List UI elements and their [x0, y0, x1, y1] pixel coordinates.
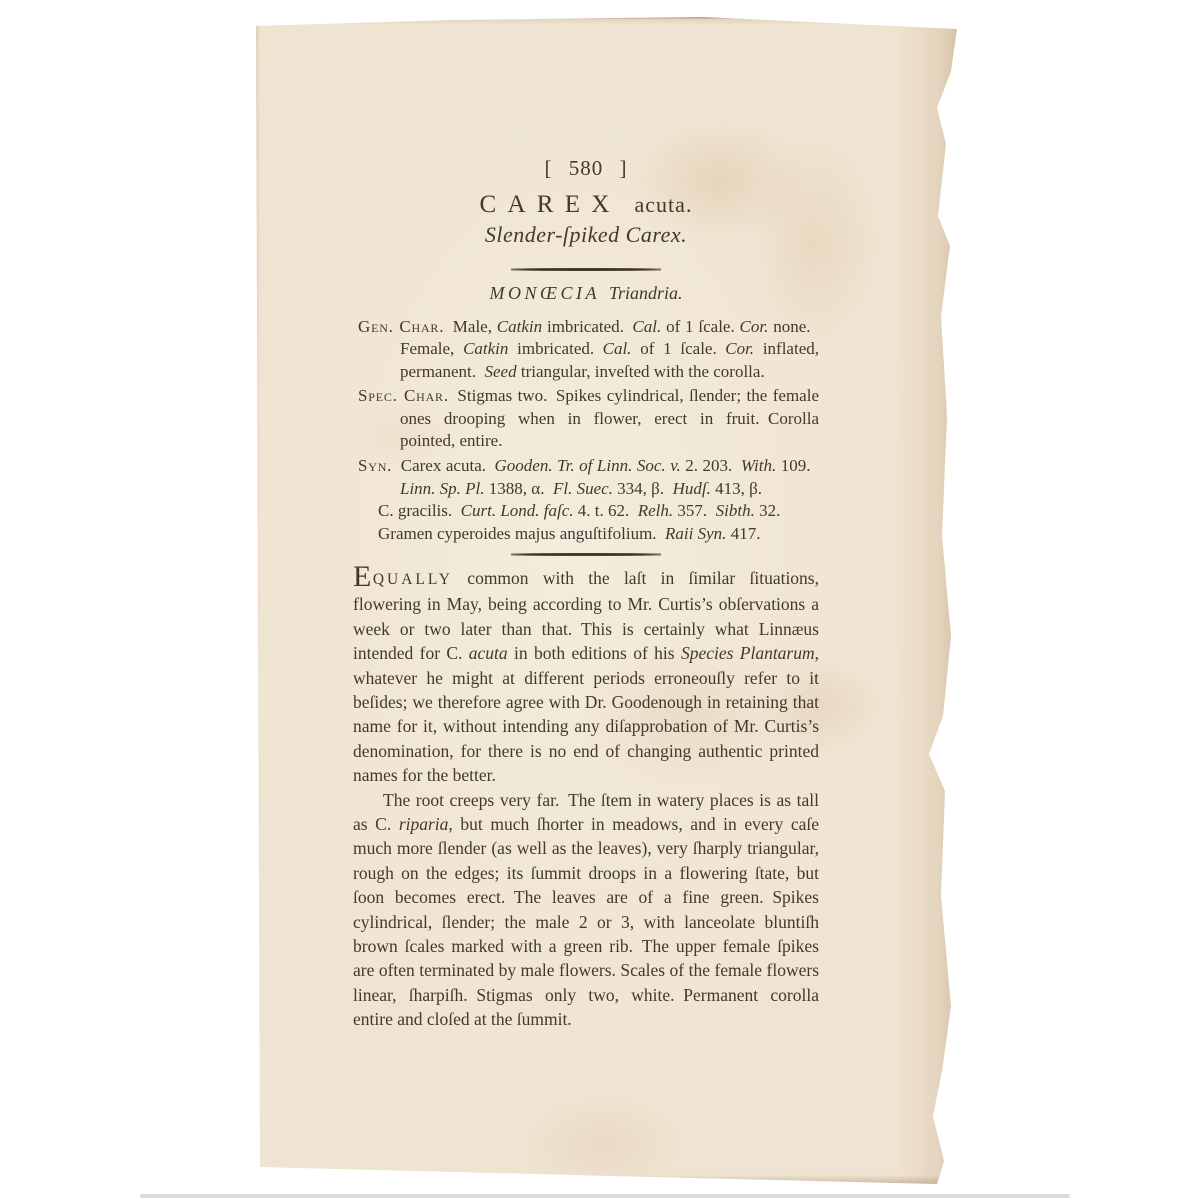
taxonomy-line: MONŒCIA Triandria. [353, 283, 819, 304]
section-generic-character: Gen. Char. Male, Catkin imbricated. Cal.… [353, 316, 819, 384]
ornament-rule-top [511, 268, 661, 271]
synonym-entry: Syn. Carex acuta. Gooden. Tr. of Linn. S… [353, 455, 819, 500]
species-title: CAREX acuta. [353, 191, 819, 219]
common-name-subtitle: Slender-ſpiked Carex. [353, 222, 819, 248]
body-text: EQUALLY common with the laſt in ſimilar … [353, 566, 819, 1032]
species-epithet: acuta. [635, 192, 693, 217]
synonym-entry: C. gracilis. Curt. Lond. faſc. 4. t. 62.… [353, 500, 819, 523]
body-paragraph-1: EQUALLY common with the laſt in ſimilar … [353, 566, 819, 788]
page-number: [ 580 ] [353, 16, 819, 181]
synonym-entry: Gramen cyperoides majus anguſtifolium. R… [353, 523, 819, 546]
section-specific-character: Spec. Char. Stigmas two. Spikes cylindri… [353, 385, 819, 453]
genus-name: CAREX [480, 191, 621, 218]
description-sections: Gen. Char. Male, Catkin imbricated. Cal.… [353, 316, 819, 546]
book-page: [ 580 ] CAREX acuta. Slender-ſpiked Care… [253, 16, 960, 1186]
scanner-edge [140, 1194, 1070, 1198]
ornament-rule-mid [511, 553, 661, 556]
text-block: [ 580 ] CAREX acuta. Slender-ſpiked Care… [353, 16, 819, 1032]
body-paragraph-2: The root creeps very far. The ſtem in wa… [353, 788, 819, 1032]
